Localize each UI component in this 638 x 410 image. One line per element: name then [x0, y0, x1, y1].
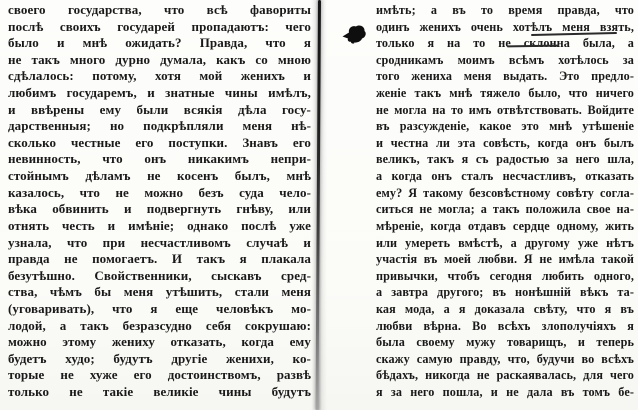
text-line: послѣ своихъ государей пропадаютъ: чего	[8, 19, 311, 36]
text-line: безутѣшно. Свойственники, сыскавъ сред-	[8, 268, 311, 285]
left-page: своего государства, что всѣ фавориты пос…	[8, 2, 311, 406]
text-line: не могла на то имъ отвѣтствовать. Войдит…	[376, 102, 634, 119]
text-line: ситься не могла; а такъ положила свое на…	[376, 201, 634, 218]
text-line: лодой, а такъ безразсудно себя сокрушаю:	[8, 318, 311, 335]
text-line: а когда онъ сталъ несчастливъ, отказать	[376, 168, 634, 185]
text-line: женіе такъ мнѣ тяжело было, что ничего	[376, 85, 634, 102]
page-gutter-line	[315, 0, 320, 410]
text-line: привычки, чтобъ сегодня любить одного,	[376, 268, 634, 285]
ink-blot-icon	[341, 23, 368, 46]
text-line: будетъ худо; будутъ другіе женихи, ко-	[8, 351, 311, 368]
text-line: а завтра другого; въ нонѣшній вѣкъ та-	[376, 284, 634, 301]
text-line: только не такіе великіе чины будутъ	[8, 384, 311, 401]
page-gutter-shadow	[311, 0, 327, 410]
text-line: не такъ много дурно думала, какъ со мною	[8, 52, 311, 69]
text-line: бѣдахъ, никогда не раскаявалась, для чег…	[376, 367, 634, 384]
book-spread: своего государства, что всѣ фавориты пос…	[0, 0, 638, 410]
text-line: сдѣлалось: потому, хотя мой женихъ и	[8, 68, 311, 85]
text-line: отнять честь и имѣніе; однако послѣ уже	[8, 218, 311, 235]
text-line: скажу самую правду, что, будучи во всѣхъ	[376, 351, 634, 368]
text-line: была своему мужу товарищъ, и теперь	[376, 334, 634, 351]
text-line: стойнымъ дѣламъ не косенъ былъ, мнѣ	[8, 168, 311, 185]
text-line: своего государства, что всѣ фавориты	[8, 2, 311, 19]
text-line: дарственныя; но подкрѣпляли меня нѣ-	[8, 118, 311, 135]
text-line: въ разсужденіе, какое это мнѣ утѣшеніе	[376, 118, 634, 135]
text-line: мѣреніе, когда отдавъ сердце одному, жит…	[376, 218, 634, 235]
right-page: имѣть; а въ то время правда, что одинъ ж…	[376, 2, 634, 406]
text-line: я за него пошла, и не дала въ томъ бе-	[376, 384, 634, 401]
text-line: имѣть; а въ то время правда, что	[376, 2, 634, 19]
text-line: того жениха меня выдать. Это предло-	[376, 68, 634, 85]
text-line: и честна ли эта совѣсть, когда онъ былъ	[376, 135, 634, 152]
text-line: любви вѣрна. Во всѣхъ злополучіяхъ я	[376, 318, 634, 335]
text-line: любимъ государемъ, и знатные чины имѣлъ,	[8, 85, 311, 102]
text-line: было и мнѣ ожидать? Правда, что я	[8, 35, 311, 52]
text-line: правда не помогаетъ. И такъ я плакала	[8, 251, 311, 268]
text-line: сродникамъ моимъ всѣмъ хотѣлось за	[376, 52, 634, 69]
text-line: казалось, что не можно безъ суда чело-	[8, 185, 311, 202]
text-line: ства, чѣмъ бы меня утѣшить, стали меня	[8, 284, 311, 301]
text-line: участія въ моей любви. Я не имѣла такой	[376, 251, 634, 268]
text-line: торые не хуже его достоинствомъ, развѣ	[8, 367, 311, 384]
text-line: вѣка обвинить и подвергнуть гнѣву, или	[8, 201, 311, 218]
text-line: узнала, что при несчастливомъ случаѣ и	[8, 235, 311, 252]
text-line: (уговаривать), что я еще человѣкъ мо-	[8, 301, 311, 318]
text-line: великъ, такъ я съ радостью за него шла,	[376, 151, 634, 168]
text-line: или умереть вмѣстѣ, а другому уже нѣтъ	[376, 235, 634, 252]
text-line: сколько честные его поступки. Знавъ его	[8, 135, 311, 152]
text-line: можно этому жениху отказать, когда ему	[8, 334, 311, 351]
text-line: кая мода, а я доказала свѣту, что я въ	[376, 301, 634, 318]
pen-strike-mark	[507, 44, 559, 46]
text-line: невинность, что онъ никакимъ непри-	[8, 151, 311, 168]
text-line: ему? Я такому безсовѣстному совѣту согла…	[376, 185, 634, 202]
text-line: только я на то не склонна была, а	[376, 35, 634, 52]
text-line: и ввѣрены ему были всякія дѣла госу-	[8, 102, 311, 119]
